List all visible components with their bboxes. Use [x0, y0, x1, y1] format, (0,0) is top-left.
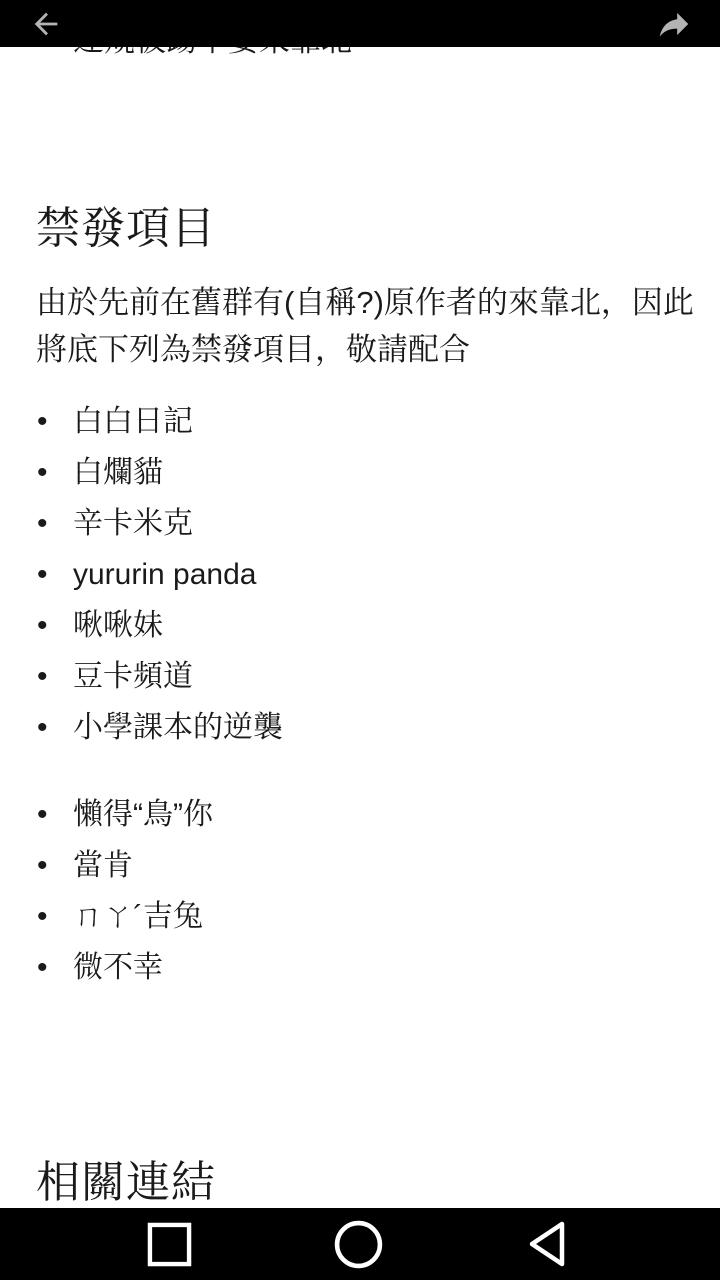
share-button[interactable] — [652, 2, 696, 46]
banned-list-group1: •白白日記•白爛貓•辛卡米克•yururin panda•啾啾妹•豆卡頻道•小學… — [36, 396, 696, 753]
share-forward-icon — [655, 5, 693, 43]
back-nav-button[interactable] — [524, 1219, 570, 1269]
bullet-icon: • — [37, 549, 48, 600]
list-item-text: 啾啾妹 — [73, 609, 163, 642]
bullet-icon: • — [37, 447, 48, 498]
list-item-text: 豆卡頻道 — [73, 660, 193, 693]
intro-paragraph: 由於先前在舊群有(自稱?)原作者的來靠北，因此將底下列為禁發項目，敬請配合 — [36, 280, 696, 373]
list-item: •當肯 — [36, 840, 696, 891]
bullet-icon: • — [37, 942, 48, 993]
list-item-text: yururin panda — [73, 558, 256, 591]
triangle-left-icon — [524, 1219, 570, 1269]
bullet-icon: • — [37, 396, 48, 447]
related-links-heading: 相關連結 — [36, 1158, 216, 1208]
section-heading: 禁發項目 — [36, 204, 216, 254]
list-item: •豆卡頻道 — [36, 651, 696, 702]
bullet-icon: • — [37, 891, 48, 942]
list-item: •小學課本的逆襲 — [36, 702, 696, 753]
document-view: 違規被踢不要來靠北 禁發項目 由於先前在舊群有(自稱?)原作者的來靠北，因此將底… — [0, 0, 720, 1280]
banned-list-group2: •懶得“鳥”你•當肯•ㄇㄚ´吉兔•微不幸 — [36, 789, 696, 993]
list-item-text: 白白日記 — [73, 405, 193, 438]
list-item-text: 微不幸 — [73, 951, 163, 984]
bullet-icon: • — [37, 702, 48, 753]
recents-button[interactable] — [147, 1222, 192, 1267]
list-item: •啾啾妹 — [36, 600, 696, 651]
list-item-text: 懶得“鳥”你 — [73, 798, 213, 831]
list-item: •懶得“鳥”你 — [36, 789, 696, 840]
list-item: •辛卡米克 — [36, 498, 696, 549]
list-item-text: ㄇㄚ´吉兔 — [73, 900, 203, 933]
list-item: •yururin panda — [36, 549, 696, 600]
android-nav-bar — [0, 1208, 720, 1280]
list-item: •ㄇㄚ´吉兔 — [36, 891, 696, 942]
square-icon — [147, 1222, 192, 1267]
app-bar — [0, 0, 720, 47]
list-item-text: 小學課本的逆襲 — [73, 711, 283, 744]
list-item-text: 白爛貓 — [73, 456, 163, 489]
list-item: •白白日記 — [36, 396, 696, 447]
list-item-text: 辛卡米克 — [73, 507, 193, 540]
bullet-icon: • — [37, 498, 48, 549]
list-item: •白爛貓 — [36, 447, 696, 498]
circle-icon — [334, 1220, 383, 1269]
list-item-text: 當肯 — [73, 849, 133, 882]
bullet-icon: • — [37, 789, 48, 840]
phone-screen: 違規被踢不要來靠北 禁發項目 由於先前在舊群有(自稱?)原作者的來靠北，因此將底… — [0, 0, 720, 1280]
back-button[interactable] — [24, 2, 68, 46]
arrow-left-icon — [29, 7, 63, 41]
home-button[interactable] — [334, 1220, 383, 1269]
bullet-icon: • — [37, 600, 48, 651]
list-item: •微不幸 — [36, 942, 696, 993]
bullet-icon: • — [37, 840, 48, 891]
bullet-icon: • — [37, 651, 48, 702]
